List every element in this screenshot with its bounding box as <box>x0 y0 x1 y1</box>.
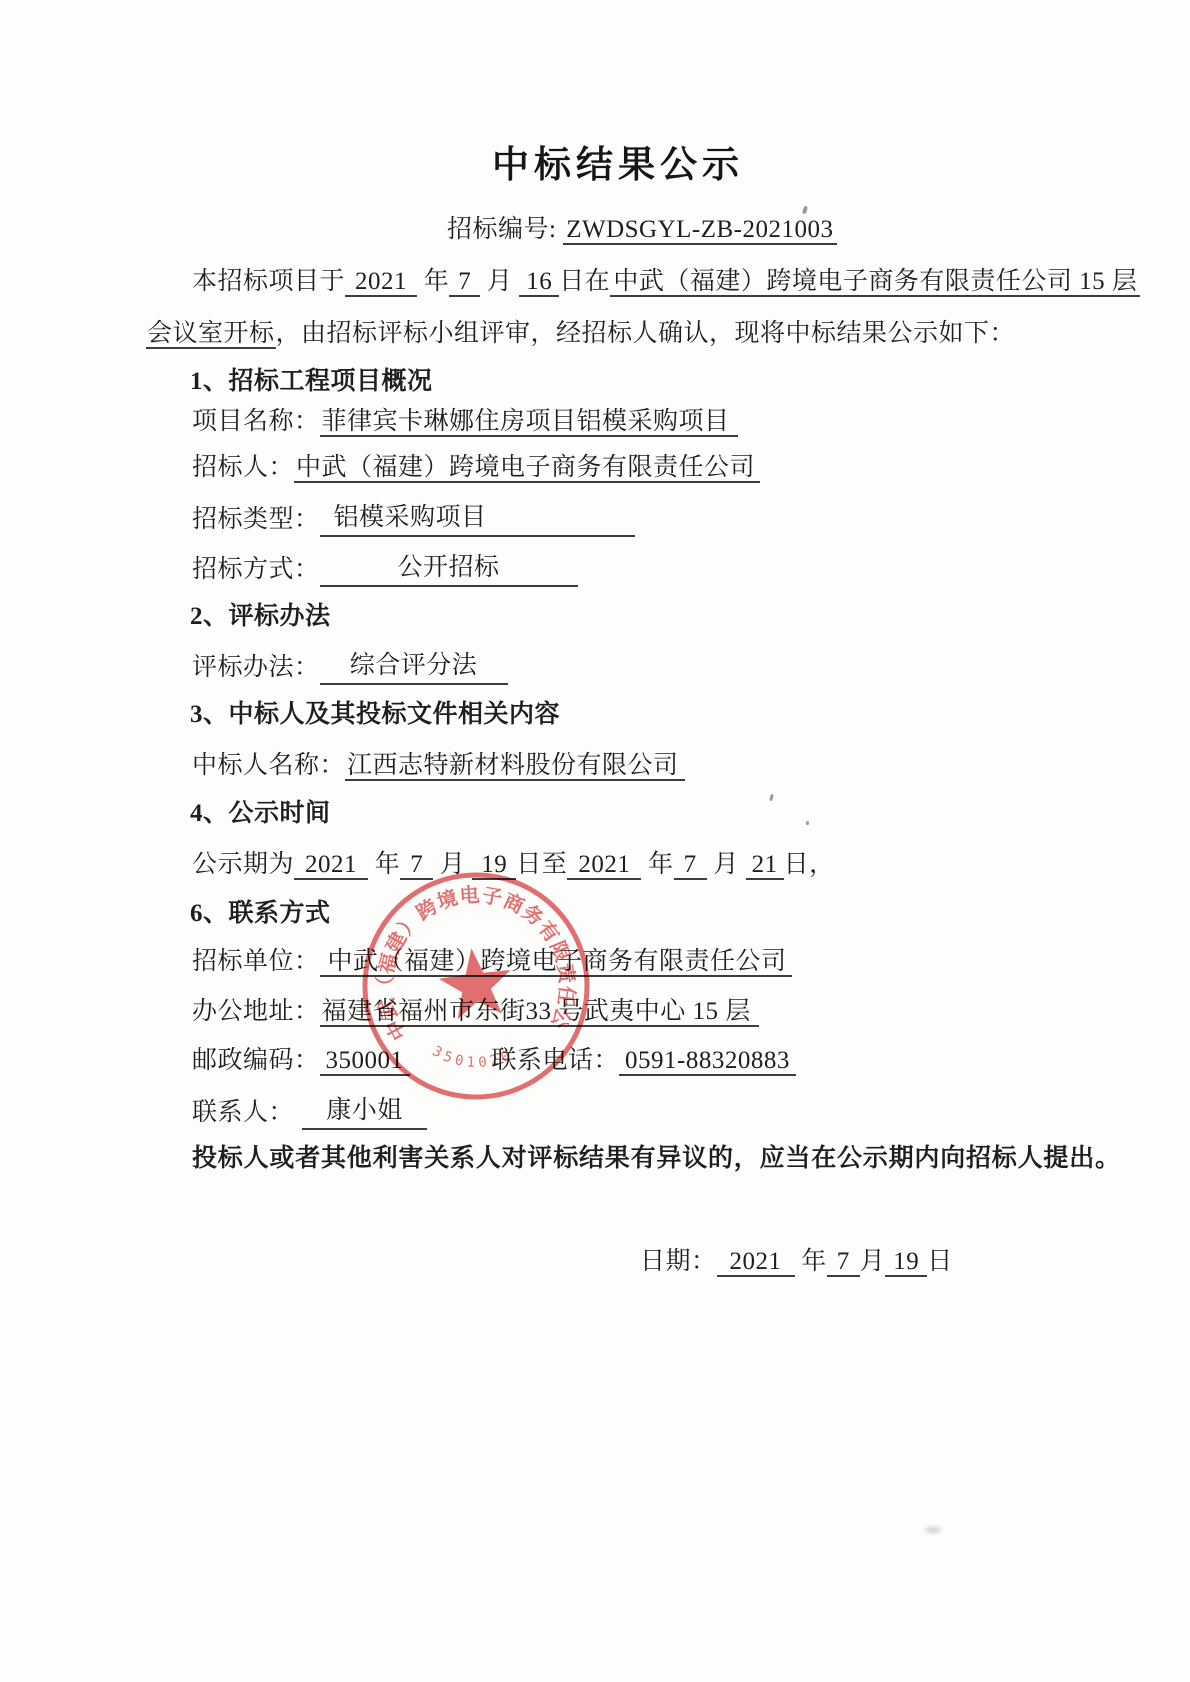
field-bid-method: 招标方式：公开招标 <box>192 552 578 587</box>
section-heading-6: 6、联系方式 <box>190 898 331 931</box>
field-contact: 联系人：康小姐 <box>192 1095 427 1130</box>
field-label: 联系人： <box>192 1099 294 1126</box>
publicity-text: 月 <box>713 851 739 878</box>
field-value: 公开招标 <box>320 552 578 587</box>
date-text: 月 <box>860 1248 886 1275</box>
intro-line-1: 本招标项目于2021 年7 月 16日在中武（福建）跨境电子商务有限责任公司 1… <box>192 266 1140 299</box>
intro-text: 日在 <box>559 268 610 295</box>
publicity-text: 年 <box>648 851 674 878</box>
publicity-period-line: 公示期为2021 年7 月 19日至2021 年7 月 21日， <box>192 849 835 882</box>
field-value: 康小姐 <box>302 1095 427 1130</box>
publicity-end-day: 21 <box>746 851 784 880</box>
section-heading-1: 1、招标工程项目概况 <box>190 366 433 399</box>
field-value: 0591-88320883 <box>619 1047 796 1076</box>
open-month: 7 <box>449 268 480 297</box>
field-tenderee: 招标人：中武（福建）跨境电子商务有限责任公司 <box>192 452 760 485</box>
publicity-start-year: 2021 <box>294 851 368 880</box>
section-heading-4: 4、公示时间 <box>190 798 331 831</box>
field-eval-method: 评标办法：综合评分法 <box>192 650 508 685</box>
scan-speck <box>806 821 809 825</box>
field-bid-type: 招标类型：铝模采购项目 <box>192 502 635 537</box>
bid-number-label: 招标编号: <box>447 216 556 243</box>
official-seal: 中武（福建）跨境电子商务有限责任公司 3501020 <box>336 846 617 1127</box>
field-value: 铝模采购项目 <box>320 502 635 537</box>
intro-line-2: 会议室开标，由招标评标小组评审，经招标人确认，现将中标结果公示如下： <box>146 318 1015 351</box>
bid-number-value: ZWDSGYL-ZB-2021003 <box>563 216 836 245</box>
field-label: 招标方式： <box>192 556 320 583</box>
intro-text: 月 <box>487 268 513 295</box>
field-org: 招标单位：中武（福建）跨境电子商务有限责任公司 <box>192 946 792 979</box>
publicity-start-month: 7 <box>400 851 433 880</box>
field-label: 中标人名称： <box>192 752 345 779</box>
intro-text: 年 <box>424 268 450 295</box>
scan-smudge <box>925 1527 941 1533</box>
field-label: 评标办法： <box>192 654 320 681</box>
publicity-text: 月 <box>440 851 466 878</box>
scan-speck <box>769 794 774 802</box>
field-label: 招标类型： <box>192 506 320 533</box>
field-label: 招标人： <box>192 454 294 481</box>
publicity-text: 年 <box>375 851 401 878</box>
date-line: 日期：2021 年7月19日 <box>640 1246 953 1279</box>
open-year: 2021 <box>345 268 417 297</box>
field-postcode-phone: 邮政编码：350001 联系电话：0591-88320883 <box>192 1045 796 1078</box>
field-value: 江西志特新材料股份有限公司 <box>345 752 685 781</box>
field-label: 联系电话： <box>492 1047 620 1074</box>
publicity-text: 日， <box>784 851 835 878</box>
date-text: 日 <box>927 1248 953 1275</box>
open-day: 16 <box>519 268 559 297</box>
field-label: 办公地址： <box>192 998 320 1025</box>
field-value: 350001 <box>320 1047 410 1076</box>
intro-text: 本招标项目于 <box>192 268 345 295</box>
publicity-text: 日至 <box>516 851 567 878</box>
date-label: 日期： <box>640 1248 717 1275</box>
section-heading-3: 3、中标人及其投标文件相关内容 <box>190 699 560 732</box>
field-winner: 中标人名称：江西志特新材料股份有限公司 <box>192 750 685 783</box>
date-day: 19 <box>885 1248 927 1277</box>
document-page: 中标结果公示 招标编号: ZWDSGYL-ZB-2021003 本招标项目于20… <box>0 0 1190 1682</box>
date-year: 2021 <box>717 1248 795 1277</box>
field-label: 招标单位： <box>192 948 320 975</box>
publicity-end-month: 7 <box>674 851 707 880</box>
intro-text: ，由招标评标小组评审，经招标人确认，现将中标结果公示如下： <box>276 320 1016 347</box>
field-value: 菲律宾卡琳娜住房项目铝模采购项目 <box>320 408 738 437</box>
date-text: 年 <box>801 1248 827 1275</box>
field-value: 中武（福建）跨境电子商务有限责任公司 <box>320 948 792 977</box>
field-label: 邮政编码： <box>192 1047 320 1074</box>
publicity-end-year: 2021 <box>567 851 641 880</box>
section-heading-2: 2、评标办法 <box>190 601 331 634</box>
bid-number-line: 招标编号: ZWDSGYL-ZB-2021003 <box>447 214 837 247</box>
field-project-name: 项目名称：菲律宾卡琳娜住房项目铝模采购项目 <box>192 406 738 439</box>
objection-notice: 投标人或者其他利害关系人对评标结果有异议的，应当在公示期内向招标人提出。 <box>192 1143 1121 1176</box>
field-address: 办公地址：福建省福州市东街33 号武夷中心 15 层 <box>192 996 759 1029</box>
field-value: 福建省福州市东街33 号武夷中心 15 层 <box>320 998 759 1027</box>
field-value: 综合评分法 <box>320 650 508 685</box>
publicity-start-day: 19 <box>472 851 516 880</box>
publicity-text: 公示期为 <box>192 851 294 878</box>
field-label: 项目名称： <box>192 408 320 435</box>
field-value: 中武（福建）跨境电子商务有限责任公司 <box>294 454 760 483</box>
date-month: 7 <box>827 1248 860 1277</box>
open-place: 中武（福建）跨境电子商务有限责任公司 15 层 <box>610 268 1140 297</box>
page-title: 中标结果公示 <box>492 142 744 190</box>
open-place-cont: 会议室开标 <box>146 320 276 349</box>
